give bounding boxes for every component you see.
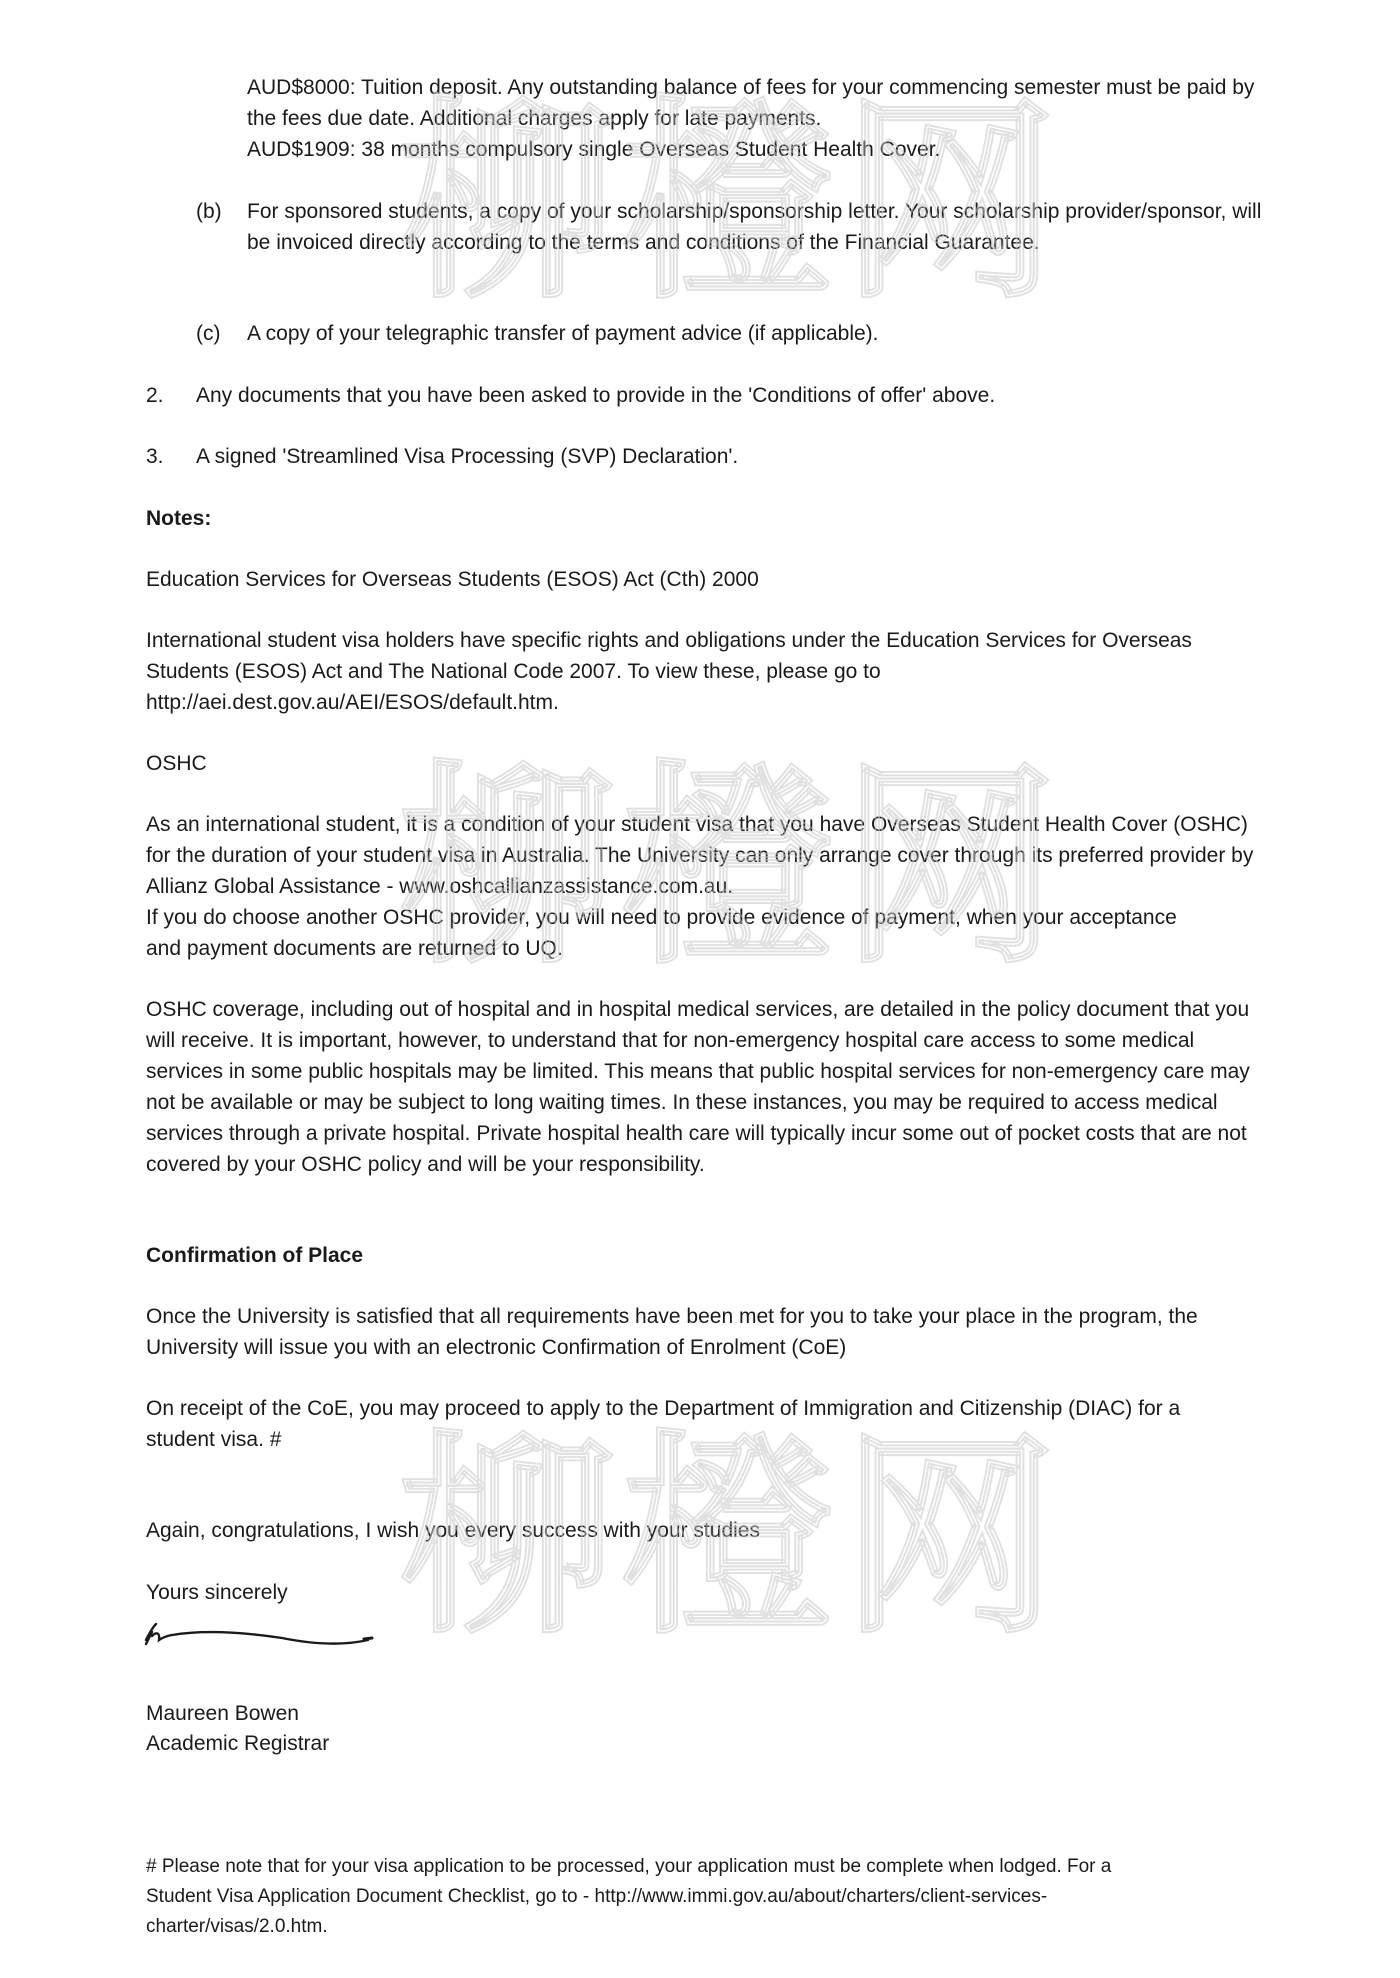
oshc-body-1: As an international student, it is a con… [146, 809, 1256, 902]
sub-item-text: For sponsored students, a copy of your s… [247, 196, 1287, 258]
numbered-item-label: 3. [146, 441, 164, 472]
signatory-name: Maureen Bowen [146, 1698, 1286, 1729]
tuition-deposit-line: AUD$8000: Tuition deposit. Any outstandi… [247, 72, 1287, 134]
sub-item-label: (b) [196, 196, 222, 227]
signature-icon [142, 1618, 382, 1654]
footnote: # Please note that for your visa applica… [146, 1852, 1126, 1942]
confirmation-heading: Confirmation of Place [146, 1240, 1286, 1271]
esos-title: Education Services for Overseas Students… [146, 564, 1286, 595]
numbered-item-text: Any documents that you have been asked t… [196, 380, 1286, 411]
confirmation-body-2: On receipt of the CoE, you may proceed t… [146, 1393, 1206, 1455]
oshc-body-2: If you do choose another OSHC provider, … [146, 902, 1216, 964]
numbered-item-text: A signed 'Streamlined Visa Processing (S… [196, 441, 1286, 472]
signatory-title: Academic Registrar [146, 1728, 1286, 1759]
oshc-coverage-paragraph: OSHC coverage, including out of hospital… [146, 994, 1276, 1180]
sub-item-text: A copy of your telegraphic transfer of p… [247, 318, 1287, 349]
esos-body: International student visa holders have … [146, 625, 1246, 718]
sign-off: Yours sincerely [146, 1577, 1286, 1608]
oshc-title: OSHC [146, 748, 1286, 779]
confirmation-body-1: Once the University is satisfied that al… [146, 1301, 1216, 1363]
oshc-fee-line: AUD$1909: 38 months compulsory single Ov… [247, 134, 1287, 165]
numbered-item-label: 2. [146, 380, 164, 411]
congratulations-line: Again, congratulations, I wish you every… [146, 1515, 1286, 1546]
notes-heading: Notes: [146, 503, 1286, 534]
sub-item-label: (c) [196, 318, 221, 349]
letter-page: AUD$8000: Tuition deposit. Any outstandi… [0, 0, 1400, 1978]
